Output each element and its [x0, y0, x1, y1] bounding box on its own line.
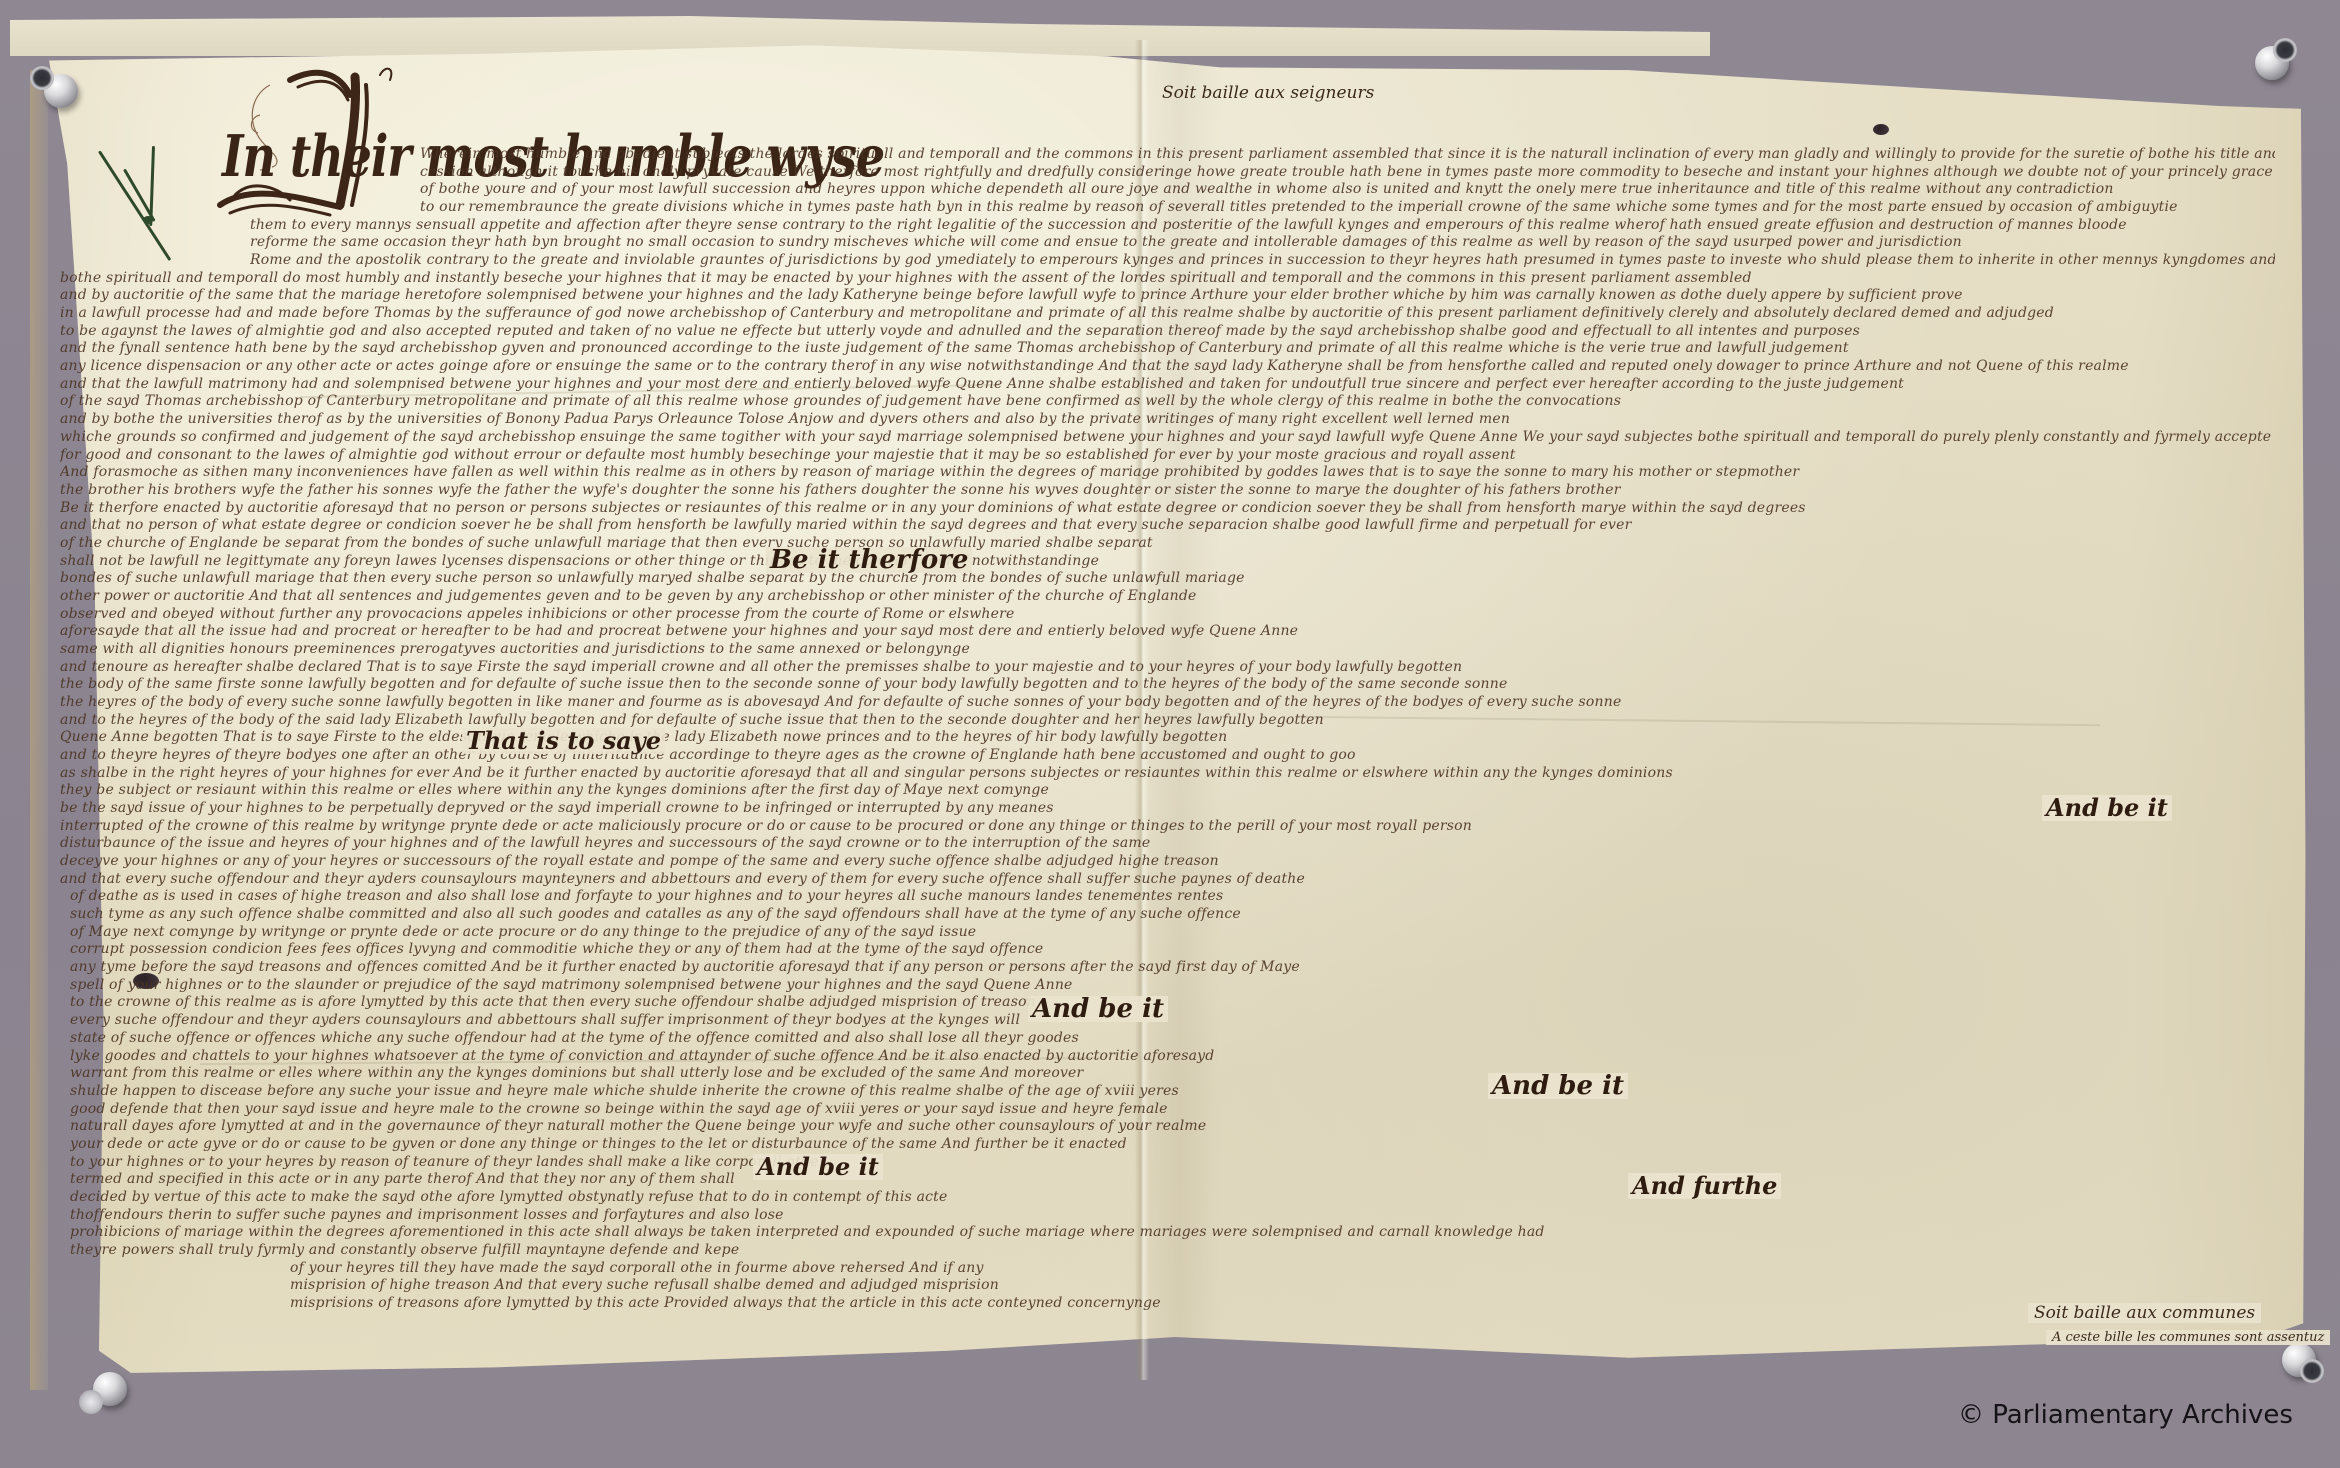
- endorsement-soit-baille: Soit baille aux communes: [2028, 1303, 2261, 1323]
- copyright-watermark: © Parliamentary Archives: [1958, 1400, 2293, 1430]
- section-heading-and-be-it: And be it: [1488, 1073, 1628, 1099]
- section-heading-that-is-to-saye: That is to saye: [462, 728, 665, 754]
- section-heading-and-furthe: And furthe: [1628, 1173, 1781, 1199]
- manuscript-line: misprisions of treasons afore lymytted b…: [290, 1292, 1960, 1314]
- section-heading-be-it-therefore: Be it therfore: [766, 547, 972, 573]
- section-heading-and-be-it: And be it: [1028, 996, 1168, 1022]
- endorsement-commons-assent: A ceste bille les communes sont assentuz: [2046, 1330, 2330, 1345]
- document-body: Wherein most humble and obedient subject…: [0, 0, 2340, 1468]
- section-heading-and-be-it: And be it: [753, 1154, 883, 1180]
- section-heading-and-be-it: And be it: [2042, 795, 2172, 821]
